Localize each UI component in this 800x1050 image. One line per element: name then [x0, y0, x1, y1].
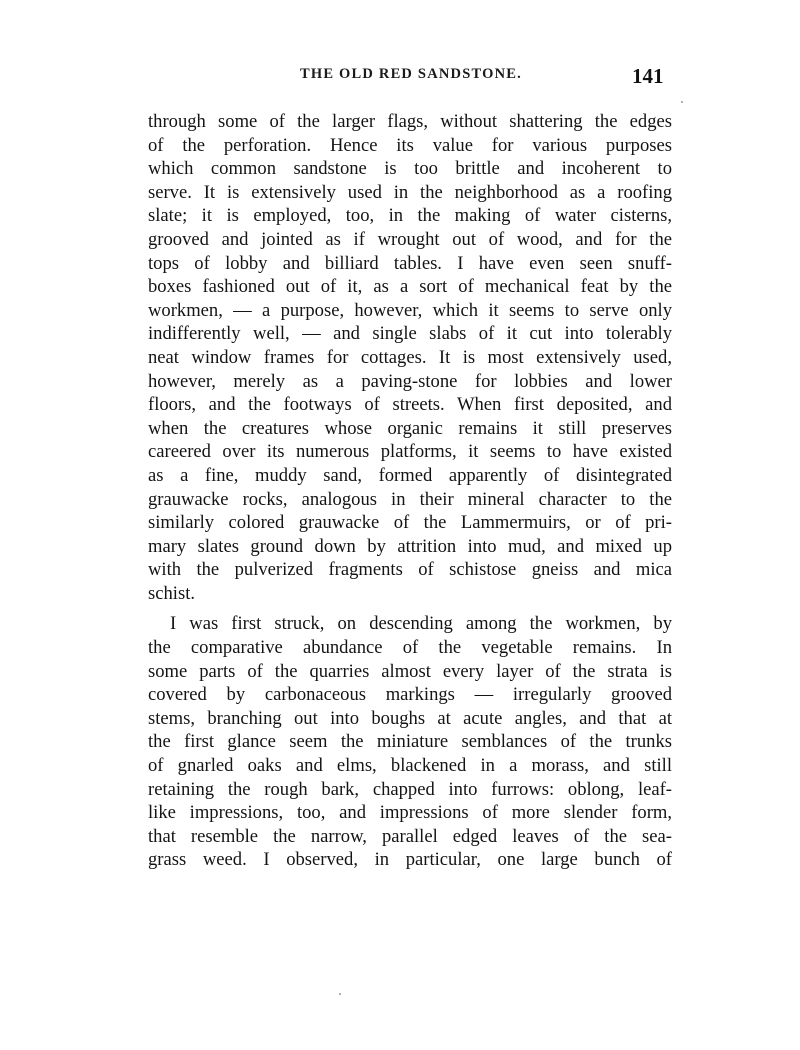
text-line: slate; it is employed, too, in the makin… — [148, 204, 672, 228]
text-line: the comparative abundance of the vegetab… — [148, 636, 672, 660]
text-line: boxes fashioned out of it, as a sort of … — [148, 275, 672, 299]
scan-speck — [339, 993, 341, 995]
text-line: grooved and jointed as if wrought out of… — [148, 228, 672, 252]
text-line: schist. — [148, 582, 672, 606]
text-line: I was first struck, on descending among … — [148, 612, 672, 636]
text-line: through some of the larger flags, withou… — [148, 110, 672, 134]
text-line: retaining the rough bark, chapped into f… — [148, 778, 672, 802]
paragraph-gap — [148, 605, 672, 612]
text-line: covered by carbonaceous markings — irreg… — [148, 683, 672, 707]
text-line: of the perforation. Hence its value for … — [148, 134, 672, 158]
text-line: workmen, — a purpose, however, which it … — [148, 299, 672, 323]
paragraph-1: through some of the larger flags, withou… — [148, 110, 672, 605]
text-line: grass weed. I observed, in particular, o… — [148, 848, 672, 872]
text-line: stems, branching out into boughs at acut… — [148, 707, 672, 731]
text-line: floors, and the footways of streets. Whe… — [148, 393, 672, 417]
text-line: mary slates ground down by attrition int… — [148, 535, 672, 559]
text-line: similarly colored grauwacke of the Lamme… — [148, 511, 672, 535]
text-line: neat window frames for cottages. It is m… — [148, 346, 672, 370]
text-line: like impressions, too, and impressions o… — [148, 801, 672, 825]
text-line: that resemble the narrow, parallel edged… — [148, 825, 672, 849]
text-line: careered over its numerous platforms, it… — [148, 440, 672, 464]
text-line: tops of lobby and billiard tables. I hav… — [148, 252, 672, 276]
book-page: THE OLD RED SANDSTONE. 141 through some … — [0, 0, 800, 1050]
text-line: as a fine, muddy sand, formed apparently… — [148, 464, 672, 488]
text-line: grauwacke rocks, analogous in their mine… — [148, 488, 672, 512]
scan-speck — [681, 101, 683, 103]
text-line: of gnarled oaks and elms, blackened in a… — [148, 754, 672, 778]
text-line: indifferently well, — and single slabs o… — [148, 322, 672, 346]
text-line: the first glance seem the miniature semb… — [148, 730, 672, 754]
text-line: which common sandstone is too brittle an… — [148, 157, 672, 181]
running-head-title: THE OLD RED SANDSTONE. — [300, 66, 522, 83]
text-line: some parts of the quarries almost every … — [148, 660, 672, 684]
text-line: however, merely as a paving-stone for lo… — [148, 370, 672, 394]
paragraph-2: I was first struck, on descending among … — [148, 612, 672, 872]
body-text: through some of the larger flags, withou… — [148, 110, 672, 872]
text-line: serve. It is extensively used in the nei… — [148, 181, 672, 205]
text-line: when the creatures whose organic remains… — [148, 417, 672, 441]
text-line: with the pulverized fragments of schisto… — [148, 558, 672, 582]
page-number: 141 — [632, 64, 664, 89]
